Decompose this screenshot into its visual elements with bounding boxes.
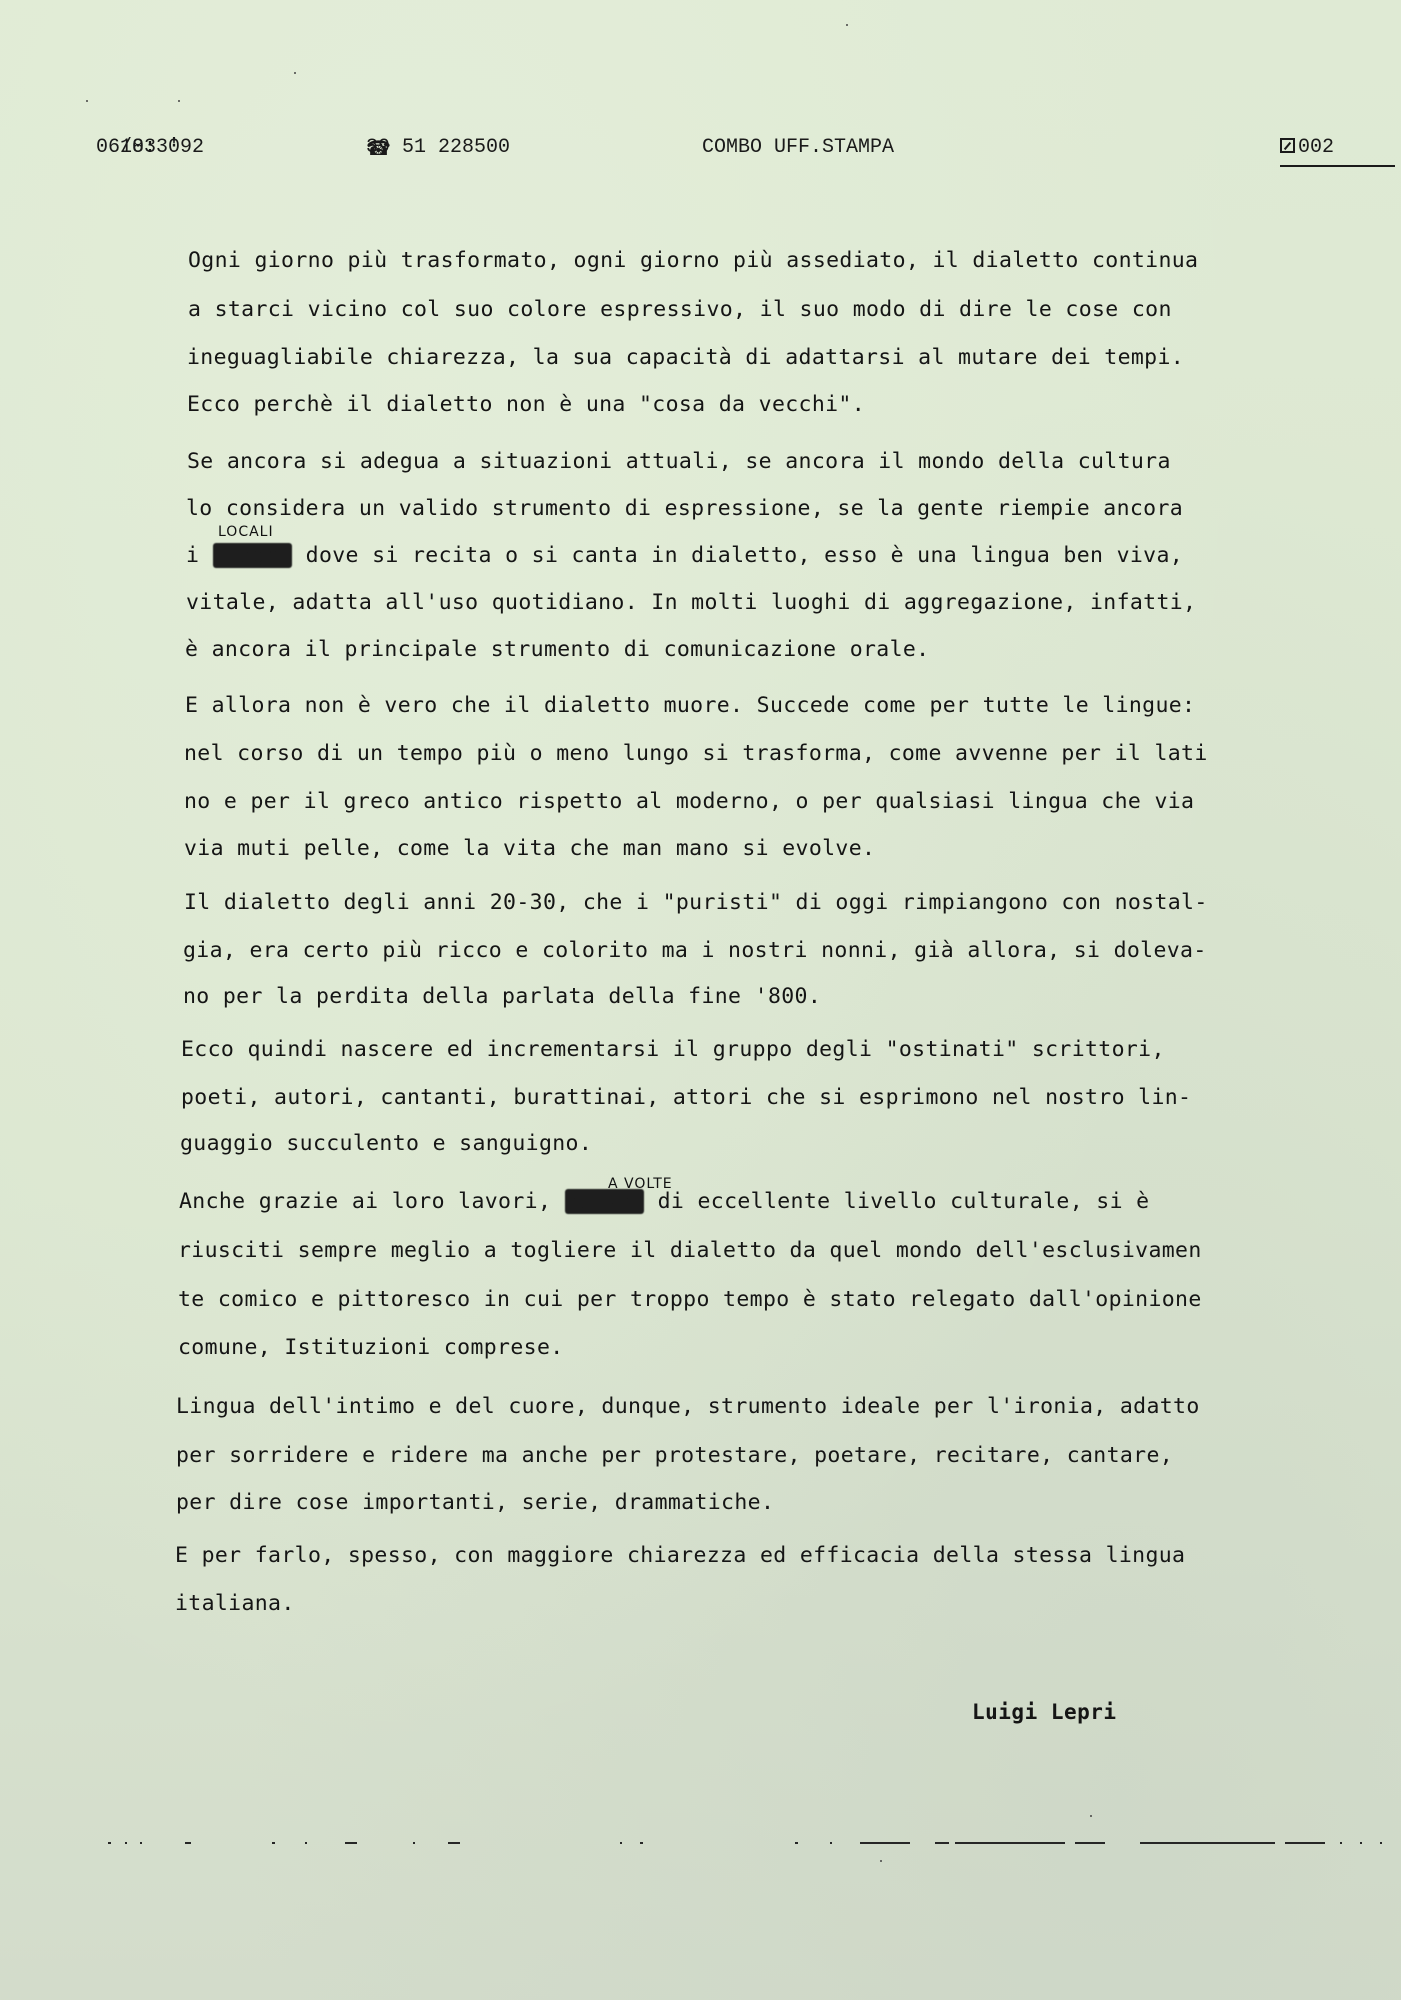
scan-speck — [125, 1842, 127, 1844]
scan-speck — [108, 1842, 111, 1844]
text-fragment: nel corso di un tempo più o meno lungo s… — [184, 741, 1208, 766]
scan-speck — [1285, 1842, 1325, 1844]
scan-speck — [448, 1842, 460, 1844]
text-line: Se ancora si adegua a situazioni attuali… — [187, 449, 1171, 474]
scan-speck — [1380, 1842, 1382, 1844]
text-line: Ogni giorno più trasformato, ogni giorno… — [188, 248, 1198, 273]
scan-speck — [640, 1842, 643, 1844]
text-line: E per farlo, spesso, con maggiore chiare… — [175, 1543, 1185, 1568]
text-line: no e per il greco antico rispetto al mod… — [184, 789, 1194, 814]
text-fragment: di eccellente livello culturale, si è — [658, 1189, 1150, 1214]
scan-speck — [272, 1842, 275, 1844]
text-line: a starci vicino col suo colore espressiv… — [188, 297, 1172, 322]
text-line: ineguagliabile chiarezza, la sua capacit… — [187, 345, 1184, 370]
text-line: i luoghi dove si recita o si canta in di… — [186, 543, 1183, 568]
scan-dot — [86, 100, 88, 102]
scan-speck — [185, 1842, 191, 1844]
scan-speck — [860, 1842, 910, 1844]
text-line: nel corso di un tempo più o meno lungo s… — [184, 741, 1208, 766]
text-line: Ecco perchè il dialetto non è una "cosa … — [187, 392, 865, 417]
scan-speck — [620, 1842, 622, 1844]
signature: Luigi Lepri — [972, 1700, 1117, 1724]
text-line: via muti pelle, come la vita che man man… — [184, 836, 875, 861]
text-fragment: i — [186, 543, 199, 568]
text-line: lo considera un valido strumento di espr… — [186, 496, 1183, 521]
scan-speck — [140, 1842, 142, 1844]
text-line: poeti, autori, cantanti, burattinai, att… — [181, 1085, 1191, 1110]
scan-speck — [1340, 1842, 1342, 1844]
text-line: no per la perdita della parlata della fi… — [183, 984, 821, 1009]
letter-body: Ogni giorno più trasformato, ogni giorno… — [0, 0, 1401, 2000]
text-line: Anche grazie ai loro lavori, spesso di e… — [179, 1189, 1149, 1214]
text-line: è ancora il principale strumento di comu… — [185, 637, 929, 662]
scan-speck — [795, 1842, 798, 1844]
struck-word-luoghi: luoghi — [213, 543, 293, 568]
text-line: riusciti sempre meglio a togliere il dia… — [178, 1238, 1202, 1263]
struck-word-spesso: spesso — [565, 1189, 645, 1214]
text-line: italiana. — [175, 1591, 295, 1616]
scan-speck — [1360, 1842, 1362, 1844]
scan-dot — [178, 100, 180, 102]
scan-dot — [1090, 1815, 1092, 1817]
text-line: vitale, adatta all'uso quotidiano. In mo… — [186, 590, 1196, 615]
text-line: guaggio succulento e sanguigno. — [180, 1131, 592, 1156]
scan-speck — [830, 1842, 832, 1844]
scan-speck — [345, 1842, 357, 1844]
text-line: Il dialetto degli anni 20-30, che i "pur… — [184, 890, 1208, 915]
text-line: Ecco quindi nascere ed incrementarsi il … — [181, 1037, 1165, 1062]
scan-dot — [846, 24, 848, 26]
scan-dot — [294, 72, 296, 74]
handwritten-correction-locali: LOCALI — [218, 524, 274, 540]
text-line: comune, Istituzioni comprese. — [178, 1335, 564, 1360]
scan-speck — [935, 1842, 949, 1844]
scan-speck — [413, 1842, 415, 1844]
text-line: per sorridere e ridere ma anche per prot… — [176, 1443, 1173, 1468]
scan-dot — [880, 1860, 882, 1862]
text-line: te comico e pittoresco in cui per troppo… — [178, 1287, 1202, 1312]
text-fragment: Anche grazie ai loro lavori, — [179, 1189, 551, 1214]
text-line: Lingua dell'intimo e del cuore, dunque, … — [176, 1394, 1200, 1419]
scan-speck — [1075, 1842, 1105, 1844]
text-line: per dire cose importanti, serie, drammat… — [176, 1490, 774, 1515]
scan-speck — [955, 1842, 1065, 1844]
text-fragment: dove si recita o si canta in dialetto, e… — [306, 543, 1183, 568]
fax-scan-artifacts — [0, 1842, 1401, 1862]
text-line: E allora non è vero che il dialetto muor… — [185, 693, 1195, 718]
scan-speck — [305, 1842, 307, 1844]
text-line: gia, era certo più ricco e colorito ma i… — [183, 938, 1207, 963]
scan-speck — [1140, 1842, 1275, 1844]
